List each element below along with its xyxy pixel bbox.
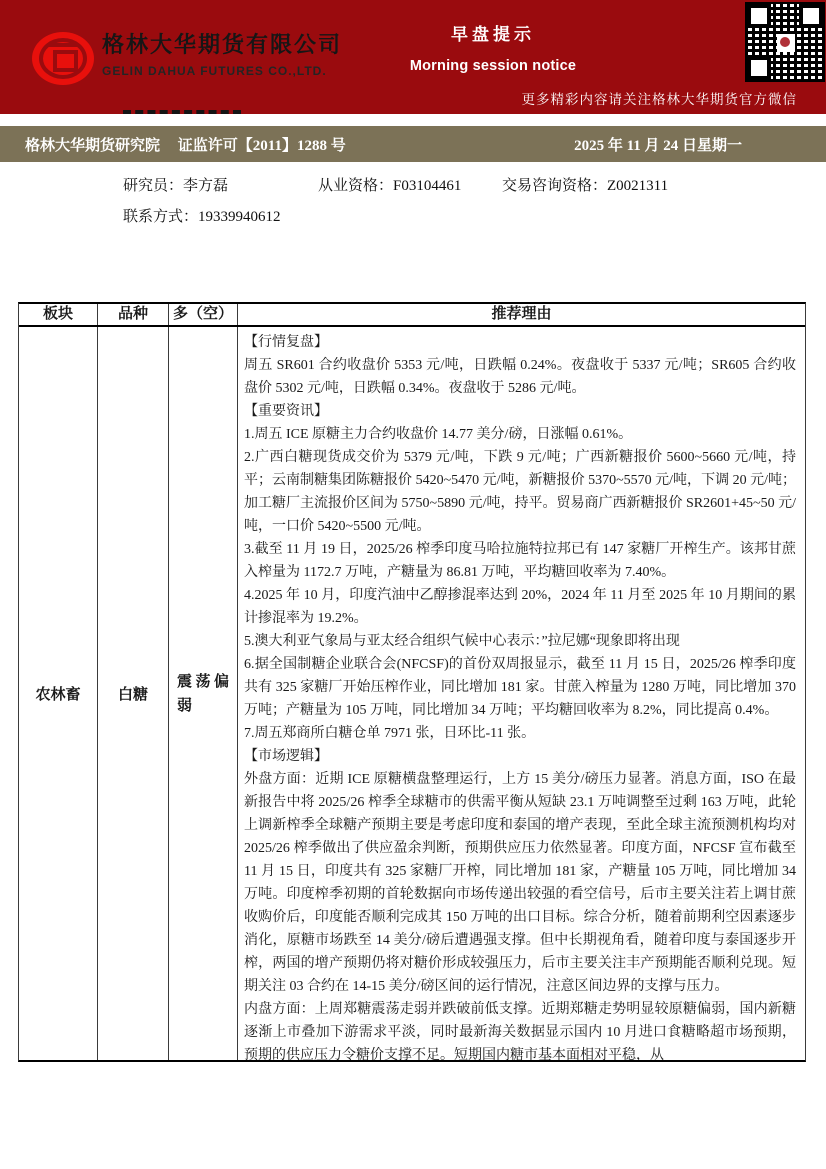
variety-cell: 白糖: [98, 327, 169, 1060]
contact-label: 联系方式：: [123, 209, 198, 225]
reason-paragraph: 6.据全国制糖企业联合会(NFCSF)的首份双周报显示，截至 11 月 15 日…: [244, 653, 796, 722]
researcher-label: 研究员：: [123, 178, 183, 194]
qualification-number: F03104461: [393, 178, 461, 194]
company-name-block: 格林大华期货有限公司 GELIN DAHUA FUTURES CO.,LTD.: [102, 28, 342, 78]
reason-section-title: 【市场逻辑】: [244, 745, 796, 768]
advisory-number: Z0021311: [607, 178, 668, 194]
logo-bar: [48, 43, 78, 47]
reason-paragraph: 1.周五 ICE 原糖主力合约收盘价 14.77 美分/磅，日涨幅 0.61%。: [244, 423, 796, 446]
contact-item: 联系方式：19339940612: [123, 205, 281, 226]
stance-cell: 震荡偏弱: [169, 327, 238, 1060]
company-logo-icon: [32, 32, 94, 85]
reason-paragraph: 5.澳大利亚气象局与亚太经合组织气候中心表示：”拉尼娜“现象即将出现: [244, 630, 796, 653]
report-date: 2025 年 11 月 24 日星期一: [574, 134, 742, 155]
qualification-label: 从业资格：: [318, 178, 393, 194]
logo-square: [53, 50, 78, 72]
company-name-cn: 格林大华期货有限公司: [102, 28, 342, 59]
reason-section-title: 【重要资讯】: [244, 400, 796, 423]
meta-bar: 格林大华期货研究院 证监许可【2011】1288 号 2025 年 11 月 2…: [0, 126, 826, 162]
advisory-item: 交易咨询资格：Z0021311: [502, 174, 668, 195]
reason-paragraph: 外盘方面：近期 ICE 原糖横盘整理运行，上方 15 美分/磅压力显著。消息方面…: [244, 768, 796, 998]
reason-cell: 【行情复盘】 周五 SR601 合约收盘价 5353 元/吨，日跌幅 0.24%…: [238, 327, 805, 1060]
qr-center-logo-icon: [777, 34, 795, 52]
company-name-en: GELIN DAHUA FUTURES CO.,LTD.: [102, 64, 342, 78]
notice-title-en: Morning session notice: [398, 58, 588, 74]
col-header-reason: 推荐理由: [238, 304, 805, 325]
wechat-follow-tip: 更多精彩内容请关注格林大华期货官方微信: [522, 88, 798, 108]
license-number: 证监许可【2011】1288 号: [178, 138, 346, 154]
qr-finder-icon: [747, 56, 771, 80]
institute-license: 格林大华期货研究院 证监许可【2011】1288 号: [25, 134, 360, 155]
notice-title-cn: 早盘提示: [398, 20, 588, 45]
contact-number: 19339940612: [198, 209, 281, 225]
researcher-name: 李方磊: [183, 178, 228, 194]
advisory-label: 交易咨询资格：: [502, 178, 607, 194]
reason-paragraph: 4.2025 年 10 月，印度汽油中乙醇掺混率达到 20%，2024 年 11…: [244, 584, 796, 630]
reason-paragraph: 周五 SR601 合约收盘价 5353 元/吨，日跌幅 0.24%。夜盘收于 5…: [244, 354, 796, 400]
logo-underline-dashes: [123, 110, 241, 114]
masthead: 格林大华期货有限公司 GELIN DAHUA FUTURES CO.,LTD. …: [0, 0, 826, 114]
qualification-item: 从业资格：F03104461: [318, 174, 461, 195]
sector-cell: 农林畜: [19, 327, 98, 1060]
institute-name: 格林大华期货研究院: [25, 138, 160, 154]
col-header-sector: 板块: [19, 304, 98, 325]
document-page: 格林大华期货有限公司 GELIN DAHUA FUTURES CO.,LTD. …: [0, 0, 826, 1169]
reason-paragraph: 2.广西白糖现货成交价为 5379 元/吨，下跌 9 元/吨；广西新糖报价 56…: [244, 446, 796, 538]
qr-finder-icon: [799, 4, 823, 28]
stance-value: 震荡偏弱: [177, 670, 229, 718]
table-row: 农林畜 白糖 震荡偏弱 【行情复盘】 周五 SR601 合约收盘价 5353 元…: [19, 327, 805, 1060]
notice-title-block: 早盘提示 Morning session notice: [398, 20, 588, 74]
reason-section-title: 【行情复盘】: [244, 331, 796, 354]
reason-paragraph: 7.周五郑商所白糖仓单 7971 张，日环比-11 张。: [244, 722, 796, 745]
recommendation-table: 板块 品种 多（空） 推荐理由 农林畜 白糖 震荡偏弱 【行情复盘】 周五 SR…: [18, 302, 806, 1062]
col-header-stance: 多（空）: [169, 304, 238, 325]
reason-paragraph: 内盘方面：上周郑糖震荡走弱并跌破前低支撑。近期郑糖走势明显较原糖偏弱，国内新糖逐…: [244, 998, 796, 1060]
wechat-qr-code: [745, 2, 825, 82]
researcher-item: 研究员：李方磊: [123, 174, 228, 195]
col-header-variety: 品种: [98, 304, 169, 325]
table-header-row: 板块 品种 多（空） 推荐理由: [19, 304, 805, 327]
qr-finder-icon: [747, 4, 771, 28]
reason-paragraph: 3.截至 11 月 19 日，2025/26 榨季印度马哈拉施特拉邦已有 147…: [244, 538, 796, 584]
